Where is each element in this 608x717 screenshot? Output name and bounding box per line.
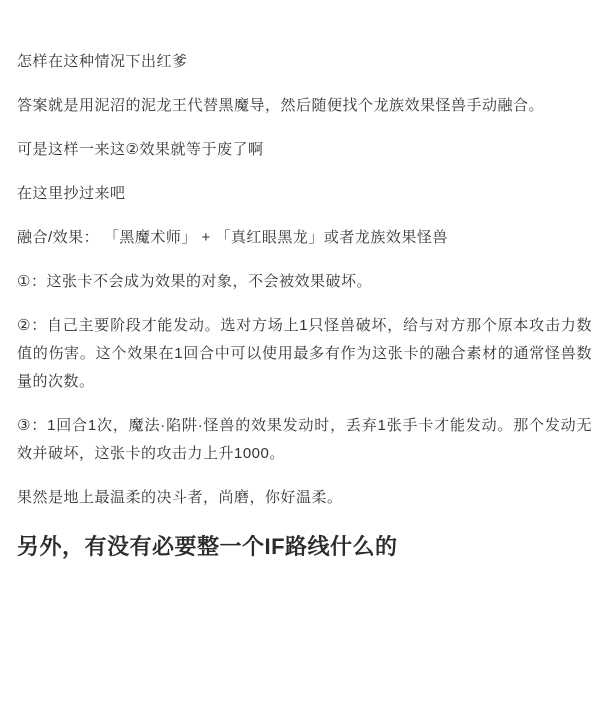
paragraph: ②：自己主要阶段才能发动。选对方场上1只怪兽破坏，给与对方那个原本攻击力数值的伤…	[17, 312, 592, 396]
document-page: 怎样在这种情况下出红爹 答案就是用泥沼的泥龙王代替黑魔导，然后随便找个龙族效果怪…	[0, 0, 608, 717]
paragraph: 答案就是用泥沼的泥龙王代替黑魔导，然后随便找个龙族效果怪兽手动融合。	[17, 92, 592, 120]
paragraph: ③：1回合1次，魔法·陷阱·怪兽的效果发动时，丢弃1张手卡才能发动。那个发动无效…	[17, 412, 592, 468]
paragraph: 融合/效果： 「黑魔术师」 + 「真红眼黑龙」或者龙族效果怪兽	[17, 224, 592, 252]
paragraph: 可是这样一来这②效果就等于废了啊	[17, 136, 592, 164]
section-heading: 另外，有没有必要整一个IF路线什么的	[17, 532, 592, 562]
paragraph: ①：这张卡不会成为效果的对象，不会被效果破坏。	[17, 268, 592, 296]
paragraph: 怎样在这种情况下出红爹	[17, 48, 592, 76]
paragraph: 在这里抄过来吧	[17, 180, 592, 208]
paragraph: 果然是地上最温柔的决斗者，尚磨，你好温柔。	[17, 484, 592, 512]
